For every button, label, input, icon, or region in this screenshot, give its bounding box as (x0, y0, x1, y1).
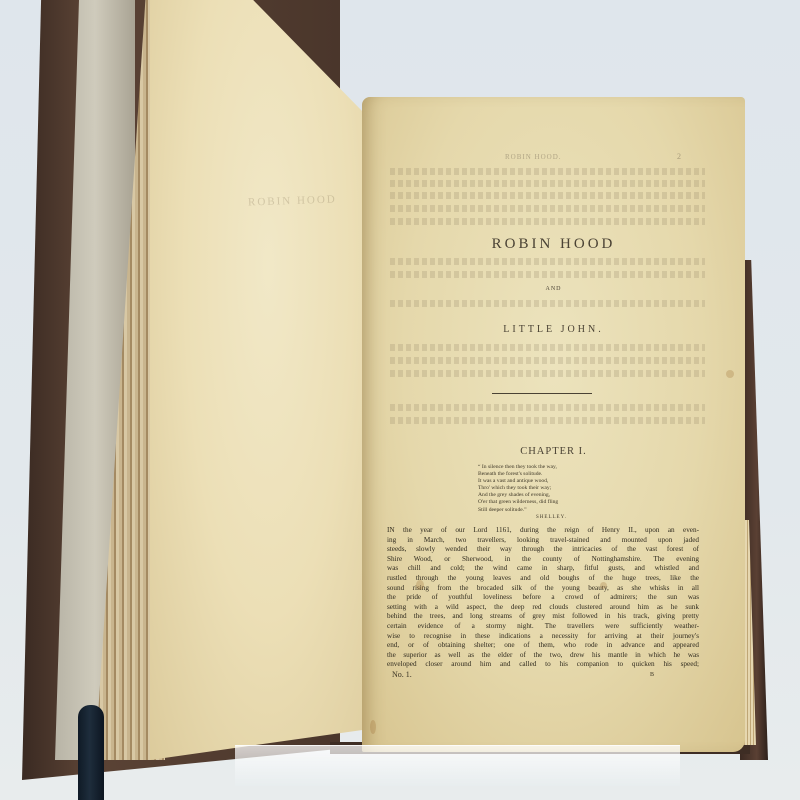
left-page (150, 0, 365, 760)
epigraph-line: It was a vast and antique wood, (478, 478, 558, 485)
body-line: was chill and cold; the wind came in sha… (387, 564, 699, 574)
bleed-line (390, 180, 705, 187)
foxing-spot (726, 370, 734, 378)
acrylic-stand-base (235, 745, 680, 786)
epigraph-attribution: SHELLEY. (536, 514, 567, 521)
bleed-page-number: 2 (677, 152, 681, 161)
body-line: behind the trees, and long streams of gr… (387, 612, 699, 622)
bleed-line (390, 271, 705, 278)
foxing-spot (370, 720, 376, 734)
body-line: sound rising from the brocaded silk of t… (387, 584, 699, 594)
bleed-line (390, 205, 705, 212)
body-line: ing in March, two travellers, looking tr… (387, 536, 699, 546)
bleed-line (390, 370, 705, 377)
body-line: steeds, slowly wended their way through … (387, 545, 699, 555)
foxing-spot (600, 582, 607, 589)
bleed-line (390, 344, 705, 351)
book-title-line-2: LITTLE JOHN. (362, 324, 745, 335)
body-line: setting with a wild aspect, the deep red… (387, 603, 699, 613)
body-line: certain evidence of a stormy night. The … (387, 622, 699, 632)
body-line: rustled through the young leaves and old… (387, 574, 699, 584)
bleed-line (390, 218, 705, 225)
bleed-line (390, 417, 705, 424)
body-line: Shire Wood, or Sherwood, in the county o… (387, 555, 699, 565)
epigraph: “ In silence then they took the way, Ben… (478, 464, 558, 514)
book-title-conjunction: AND (362, 286, 745, 292)
epigraph-line: O'er that green wilderness, did fling (478, 499, 558, 506)
stand-post (78, 705, 104, 800)
foxing-spot (416, 580, 424, 590)
body-line: end, or of obtaining shelter; one of the… (387, 641, 699, 651)
bleed-line (390, 192, 705, 199)
book-title-line-1: ROBIN HOOD (362, 236, 745, 253)
epigraph-line: Beneath the forest's solitude. (478, 471, 558, 478)
bleed-line (390, 300, 705, 307)
chapter-heading: CHAPTER I. (362, 446, 745, 457)
chapter-body-text: IN the year of our Lord 1161, during the… (387, 526, 699, 670)
body-line: IN the year of our Lord 1161, during the… (387, 526, 699, 536)
bleed-running-head: ROBIN HOOD. (505, 153, 562, 161)
body-line: wise to recognise in these indications a… (387, 632, 699, 642)
bleed-line (390, 357, 705, 364)
part-number: No. 1. (392, 670, 412, 679)
book-photo: ROBIN HOOD ROBIN HOOD. 2 ROBIN HOOD AND … (0, 0, 800, 800)
bleed-line (390, 258, 705, 265)
body-line: the superior as well as the elder of the… (387, 651, 699, 661)
epigraph-line: Still deeper solitude.” (478, 507, 558, 514)
title-rule (492, 393, 592, 394)
signature-mark: B (650, 672, 654, 678)
body-line: the pride of youthful loveliness before … (387, 593, 699, 603)
bleed-line (390, 168, 705, 175)
bleed-line (390, 404, 705, 411)
body-line: enveloped closer around him and called t… (387, 660, 699, 670)
